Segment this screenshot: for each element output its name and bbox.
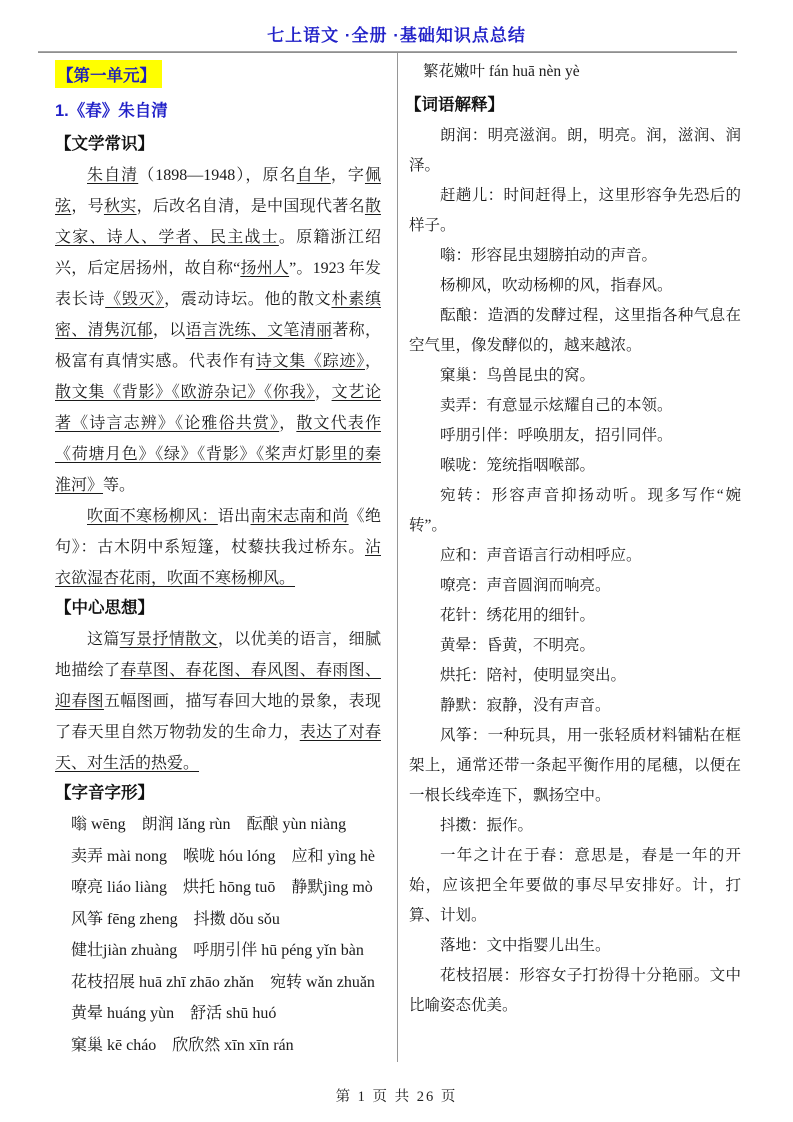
pinyin-line: 繁花嫩叶 fán huā nèn yè: [405, 57, 743, 87]
glossary-item: 窠巢：鸟兽昆虫的窝。: [405, 361, 743, 391]
underlined-text: 扬州人: [240, 260, 289, 277]
glossary-item: 风筝：一种玩具，用一张轻质材料铺粘在框架上，通常还带一条起平衡作用的尾穗，以便在…: [405, 721, 743, 811]
pinyin-line: 风筝 fēng zheng 抖擞 dǒu sǒu: [55, 904, 381, 936]
header-divider-line: [38, 51, 737, 53]
plain-text: 语出: [218, 508, 251, 525]
glossary-item: 落地：文中指婴儿出生。: [405, 931, 743, 961]
glossary-item: 抖擞：振作。: [405, 811, 743, 841]
section-header-phonetics: 【字音字形】: [55, 779, 381, 808]
plain-text: ，后改名自清，是中国现代著名: [137, 198, 365, 215]
underlined-text: 吹面不寒杨柳风：: [87, 508, 218, 525]
glossary-item: 烘托：陪衬，使明显突出。: [405, 661, 743, 691]
underlined-text: 南宋志南和尚: [251, 508, 349, 525]
glossary-item: 静默：寂静，没有声音。: [405, 691, 743, 721]
underlined-text: 《毁灭》: [105, 291, 164, 308]
plain-text: ，震动诗坛。他的散文: [164, 291, 331, 308]
plain-text: 这篇: [87, 631, 120, 648]
underlined-text: 朱自清: [87, 167, 138, 184]
literary-paragraph-2: 吹面不寒杨柳风：语出南宋志南和尚《绝句》：古木阴中系短篷，杖藜扶我过桥东。沾衣欲…: [55, 501, 381, 594]
unit-header-highlight: 【第一单元】: [55, 60, 162, 88]
phonetics-list: 嗡 wēng 朗润 lǎng rùn 酝酿 yùn niàng卖弄 mài no…: [55, 809, 381, 1061]
underlined-text: 写景抒情散文: [120, 631, 218, 648]
underlined-text: 秋实: [104, 198, 137, 215]
right-column: 繁花嫩叶 fán huā nèn yè 【词语解释】 朗润：明亮滋润。朗，明亮。…: [405, 57, 743, 1021]
document-title: 七上语文 ·全册 ·基础知识点总结: [0, 21, 793, 46]
pinyin-line: 健壮jiàn zhuàng 呼朋引伴 hū péng yǐn bàn: [55, 935, 381, 967]
glossary-item: 卖弄：有意显示炫耀自己的本领。: [405, 391, 743, 421]
left-column: 【第一单元】 1.《春》朱自清 【文学常识】 朱自清（1898—1948），原名…: [55, 60, 381, 1061]
glossary-item: 一年之计在于春：意思是，春是一年的开始，应该把全年要做的事尽早安排好。计，打算、…: [405, 841, 743, 931]
document-page: 七上语文 ·全册 ·基础知识点总结 【第一单元】 1.《春》朱自清 【文学常识】…: [0, 0, 793, 1122]
literary-paragraph-1: 朱自清（1898—1948），原名自华，字佩弦，号秋实，后改名自清，是中国现代著…: [55, 160, 381, 501]
glossary-item: 嘹亮：声音圆润而响亮。: [405, 571, 743, 601]
plain-text: ，号: [71, 198, 104, 215]
pinyin-line: 花枝招展 huā zhī zhāo zhǎn 宛转 wǎn zhuǎn: [55, 967, 381, 999]
underlined-text: 散文集《背影》《欧游杂记》《你我》: [55, 384, 315, 401]
pinyin-line: 黄晕 huáng yùn 舒活 shū huó: [55, 998, 381, 1030]
page-number-footer: 第 1 页 共 26 页: [0, 1085, 793, 1106]
theme-paragraph: 这篇写景抒情散文，以优美的语言，细腻地描绘了春草图、春花图、春风图、春雨图、迎春…: [55, 624, 381, 779]
glossary-item: 花枝招展：形容女子打扮得十分艳丽。文中比喻姿态优美。: [405, 961, 743, 1021]
glossary-item: 赶趟儿：时间赶得上，这里形容争先恐后的样子。: [405, 181, 743, 241]
glossary-item: 花针：绣花用的细针。: [405, 601, 743, 631]
underlined-text: 诗文集《踪迹》: [256, 353, 365, 370]
pinyin-line: 嘹亮 liáo liàng 烘托 hōng tuō 静默jìng mò: [55, 872, 381, 904]
glossary-item: 嗡：形容昆虫翅膀拍动的声音。: [405, 241, 743, 271]
plain-text: ，: [279, 415, 296, 432]
section-header-theme: 【中心思想】: [55, 594, 381, 623]
underlined-text: 语言洗练、文笔清丽: [186, 322, 333, 339]
plain-text: （1898—1948），原名: [138, 167, 296, 184]
glossary-item: 黄晕：昏黄，不明亮。: [405, 631, 743, 661]
plain-text: ，: [315, 384, 332, 401]
section-header-literary: 【文学常识】: [55, 130, 381, 159]
glossary-item: 杨柳风，吹动杨柳的风，指春风。: [405, 271, 743, 301]
plain-text: 等。: [103, 477, 135, 494]
glossary-item: 喉咙：笼统指咽喉部。: [405, 451, 743, 481]
glossary-item: 呼朋引伴：呼唤朋友，招引同伴。: [405, 421, 743, 451]
plain-text: ，以: [153, 322, 186, 339]
lesson-title: 1.《春》朱自清: [55, 97, 381, 121]
pinyin-line: 窠巢 kē cháo 欣欣然 xīn xīn rán: [55, 1030, 381, 1062]
glossary-item: 朗润：明亮滋润。朗，明亮。润，滋润、润泽。: [405, 121, 743, 181]
plain-text: ，: [365, 353, 381, 370]
glossary-item: 酝酿：造酒的发酵过程，这里指各种气息在空气里，像发酵似的，越来越浓。: [405, 301, 743, 361]
column-divider-line: [397, 53, 398, 1062]
pinyin-line: 嗡 wēng 朗润 lǎng rùn 酝酿 yùn niàng: [55, 809, 381, 841]
pinyin-line: 卖弄 mài nong 喉咙 hóu lóng 应和 yìng hè: [55, 841, 381, 873]
plain-text: ，字: [331, 167, 365, 184]
underlined-text: 自华: [297, 167, 331, 184]
glossary-item: 宛转：形容声音抑扬动听。现多写作“婉转”。: [405, 481, 743, 541]
glossary-item: 应和：声音语言行动相呼应。: [405, 541, 743, 571]
section-header-glossary: 【词语解释】: [405, 91, 743, 120]
glossary-list: 朗润：明亮滋润。朗，明亮。润，滋润、润泽。赶趟儿：时间赶得上，这里形容争先恐后的…: [405, 121, 743, 1021]
